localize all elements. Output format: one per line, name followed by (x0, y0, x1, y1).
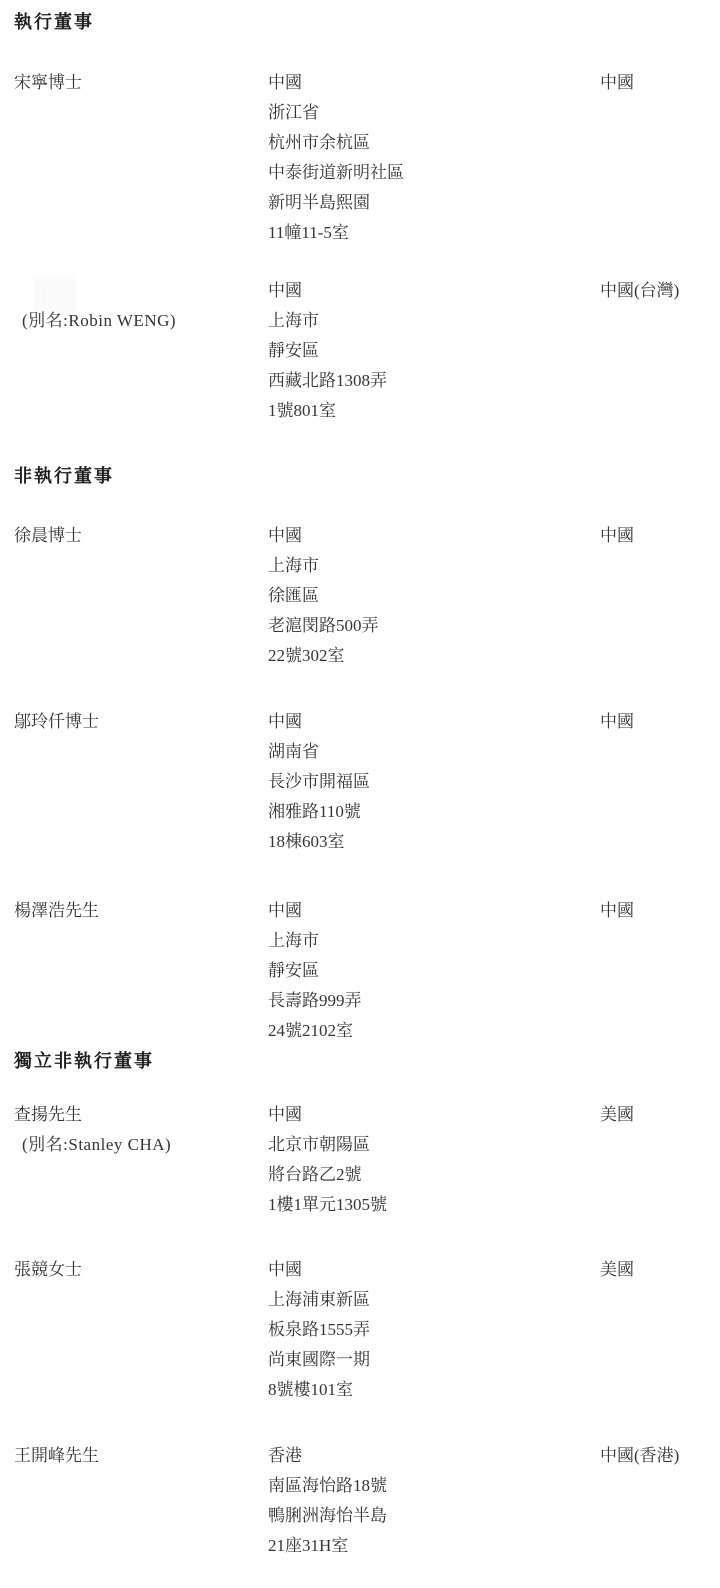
nationality: 美國 (600, 1100, 720, 1130)
address-line: 中泰街道新明社區 (268, 158, 600, 188)
director-name: 王開峰先生 (14, 1441, 268, 1471)
residential-address: 中國 上海市 靜安區 長壽路999弄 24號2102室 (268, 896, 600, 1046)
nationality-cell: 美國 (600, 1255, 720, 1285)
residential-address: 中國 上海市 靜安區 西藏北路1308弄 1號801室 (268, 276, 600, 426)
director-name: 張競女士 (14, 1255, 268, 1285)
address-line: 24號2102室 (268, 1016, 600, 1046)
address-line: 浙江省 (268, 98, 600, 128)
address-line: 中國 (268, 896, 600, 926)
director-entry: (別名:Robin WENG) 中國 上海市 靜安區 西藏北路1308弄 1號8… (14, 276, 720, 426)
address-line: 18棟603室 (268, 827, 600, 857)
address-line: 靜安區 (268, 956, 600, 986)
address-line: 上海市 (268, 551, 600, 581)
nationality-cell: 中國 (600, 896, 720, 926)
address-line: 21座31H室 (268, 1531, 600, 1561)
address-line: 鴨脷洲海怡半島 (268, 1501, 600, 1531)
director-name-cell: 王開峰先生 (14, 1441, 268, 1471)
nationality-cell: 中國 (600, 68, 720, 98)
address-line: 中國 (268, 276, 600, 306)
director-entry: 鄔玲仟博士 中國 湖南省 長沙市開福區 湘雅路110號 18棟603室 中國 (14, 707, 720, 857)
address-line: 中國 (268, 1255, 600, 1285)
nationality-cell: 中國(台灣) (600, 276, 720, 306)
address-line: 北京市朝陽區 (268, 1130, 600, 1160)
director-entry: 張競女士 中國 上海浦東新區 板泉路1555弄 尚東國際一期 8號樓101室 美… (14, 1255, 720, 1405)
address-line: 中國 (268, 1100, 600, 1130)
address-line: 22號302室 (268, 641, 600, 671)
document-page: 執行董事 宋寧博士 中國 浙江省 杭州市余杭區 中泰街道新明社區 新明半島熙園 … (0, 0, 720, 1588)
director-entry: 徐晨博士 中國 上海市 徐匯區 老滬閔路500弄 22號302室 中國 (14, 521, 720, 671)
director-name-cell: 查揚先生 (別名:Stanley CHA) (14, 1100, 268, 1160)
director-entry: 楊澤浩先生 中國 上海市 靜安區 長壽路999弄 24號2102室 中國 (14, 896, 720, 1046)
address-line: 中國 (268, 68, 600, 98)
address-line: 11幢11-5室 (268, 218, 600, 248)
residential-address: 中國 浙江省 杭州市余杭區 中泰街道新明社區 新明半島熙園 11幢11-5室 (268, 68, 600, 248)
nationality-cell: 中國 (600, 707, 720, 737)
nationality: 中國 (600, 707, 720, 737)
nationality: 中國(台灣) (600, 276, 720, 306)
residential-address: 中國 上海浦東新區 板泉路1555弄 尚東國際一期 8號樓101室 (268, 1255, 600, 1405)
director-name: 鄔玲仟博士 (14, 707, 268, 737)
nationality: 中國(香港) (600, 1441, 720, 1471)
address-line: 靜安區 (268, 336, 600, 366)
address-line: 新明半島熙園 (268, 188, 600, 218)
address-line: 湖南省 (268, 737, 600, 767)
address-line: 徐匯區 (268, 581, 600, 611)
nationality: 中國 (600, 68, 720, 98)
address-line: 湘雅路110號 (268, 797, 600, 827)
address-line: 上海浦東新區 (268, 1285, 600, 1315)
nationality: 中國 (600, 521, 720, 551)
address-line: 中國 (268, 521, 600, 551)
director-name-cell: 徐晨博士 (14, 521, 268, 551)
director-name-cell: 楊澤浩先生 (14, 896, 268, 926)
address-line: 香港 (268, 1441, 600, 1471)
section-heading-independent-non-executive-directors: 獨立非執行董事 (14, 1046, 720, 1076)
residential-address: 中國 湖南省 長沙市開福區 湘雅路110號 18棟603室 (268, 707, 600, 857)
address-line: 1號801室 (268, 396, 600, 426)
address-line: 南區海怡路18號 (268, 1471, 600, 1501)
director-name: 楊澤浩先生 (14, 896, 268, 926)
director-name: 徐晨博士 (14, 521, 268, 551)
director-name-cell: (別名:Robin WENG) (14, 276, 268, 336)
director-entry: 王開峰先生 香港 南區海怡路18號 鴨脷洲海怡半島 21座31H室 中國(香港) (14, 1441, 720, 1561)
nationality: 美國 (600, 1255, 720, 1285)
director-entry: 宋寧博士 中國 浙江省 杭州市余杭區 中泰街道新明社區 新明半島熙園 11幢11… (14, 68, 720, 248)
address-line: 長沙市開福區 (268, 767, 600, 797)
address-line: 老滬閔路500弄 (268, 611, 600, 641)
director-name: 宋寧博士 (14, 68, 268, 98)
residential-address: 中國 上海市 徐匯區 老滬閔路500弄 22號302室 (268, 521, 600, 671)
faded-illegible-name (14, 276, 268, 306)
director-name-cell: 鄔玲仟博士 (14, 707, 268, 737)
address-line: 板泉路1555弄 (268, 1315, 600, 1345)
address-line: 8號樓101室 (268, 1375, 600, 1405)
section-heading-non-executive-directors: 非執行董事 (14, 461, 720, 491)
address-line: 尚東國際一期 (268, 1345, 600, 1375)
address-line: 上海市 (268, 926, 600, 956)
address-line: 中國 (268, 707, 600, 737)
address-line: 西藏北路1308弄 (268, 366, 600, 396)
director-name: 查揚先生 (14, 1100, 268, 1130)
address-line: 將台路乙2號 (268, 1160, 600, 1190)
address-line: 杭州市余杭區 (268, 128, 600, 158)
nationality-cell: 中國(香港) (600, 1441, 720, 1471)
director-alias: (別名:Stanley CHA) (14, 1130, 268, 1160)
address-line: 1樓1單元1305號 (268, 1190, 600, 1220)
nationality: 中國 (600, 896, 720, 926)
nationality-cell: 美國 (600, 1100, 720, 1130)
residential-address: 中國 北京市朝陽區 將台路乙2號 1樓1單元1305號 (268, 1100, 600, 1220)
address-line: 長壽路999弄 (268, 986, 600, 1016)
nationality-cell: 中國 (600, 521, 720, 551)
residential-address: 香港 南區海怡路18號 鴨脷洲海怡半島 21座31H室 (268, 1441, 600, 1561)
director-entry: 查揚先生 (別名:Stanley CHA) 中國 北京市朝陽區 將台路乙2號 1… (14, 1100, 720, 1220)
director-name-cell: 張競女士 (14, 1255, 268, 1285)
section-heading-executive-directors: 執行董事 (14, 7, 720, 37)
director-name-cell: 宋寧博士 (14, 68, 268, 98)
address-line: 上海市 (268, 306, 600, 336)
